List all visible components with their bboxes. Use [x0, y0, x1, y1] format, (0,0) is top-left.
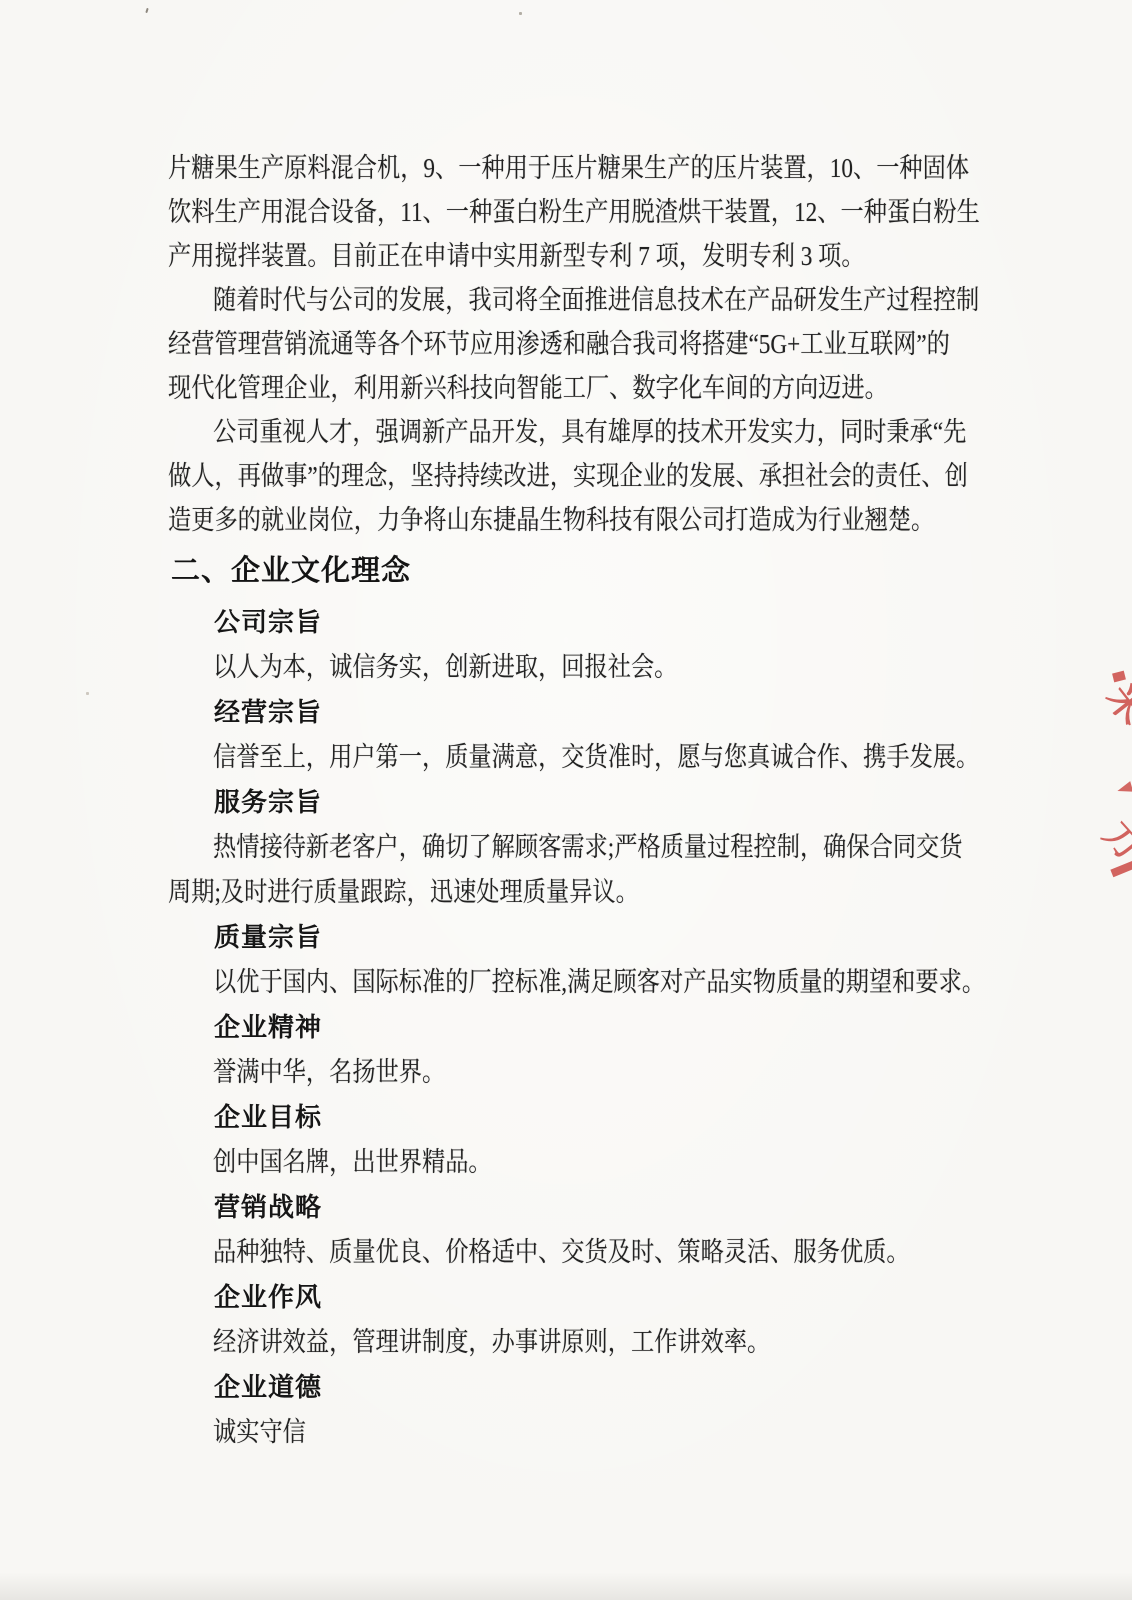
scan-speck — [145, 8, 148, 13]
red-seal-fragment — [1112, 671, 1126, 683]
enterprise-style-content: 经济讲效益，管理讲制度，办事讲原则，工作讲效率。 — [213, 1320, 948, 1365]
scan-edge-shadow — [0, 1572, 1132, 1600]
company-purpose-content: 以人为本，诚信务实，创新进取，回报社会。 — [213, 645, 948, 690]
red-seal-fragment: 米 — [1099, 678, 1132, 731]
corporate-culture-section: 公司宗旨 以人为本，诚信务实，创新进取，回报社会。 经营宗旨 信誉至上，用户第一… — [168, 600, 1068, 1455]
scan-speck — [86, 692, 89, 695]
digitalization-paragraph-line: 经营管理营销流通等各个环节应用渗透和融合我司将搭建“5G+工业互联网”的 — [168, 322, 942, 366]
subheading-enterprise-spirit: 企业精神 — [214, 1005, 1068, 1050]
subheading-enterprise-style: 企业作风 — [214, 1275, 1068, 1320]
service-purpose-content: 热情接待新老客户，确切了解顾客需求;严格质量过程控制，确保合同交货 — [213, 825, 948, 870]
marketing-strategy-content: 品种独特、质量优良、价格适中、交货及时、策略灵活、服务优质。 — [213, 1230, 948, 1275]
patents-paragraph-line: 饮料生产用混合设备，11、一种蛋白粉生产用脱渣烘干装置，12、一种蛋白粉生 — [168, 190, 942, 234]
subheading-enterprise-ethics: 企业道德 — [214, 1365, 1068, 1410]
scan-speck — [519, 12, 522, 15]
subheading-quality-purpose: 质量宗旨 — [214, 915, 1068, 960]
talent-paragraph-line: 造更多的就业岗位，力争将山东捷晶生物科技有限公司打造成为行业翘楚。 — [168, 498, 942, 542]
talent-paragraph-line: 公司重视人才，强调新产品开发，具有雄厚的技术开发实力，同时秉承“先 — [213, 410, 948, 454]
business-purpose-content: 信誉至上，用户第一，质量满意，交货准时，愿与您真诚合作、携手发展。 — [213, 735, 948, 780]
service-purpose-content: 周期;及时进行质量跟踪，迅速处理质量异议。 — [168, 870, 942, 915]
enterprise-ethics-content: 诚实守信 — [213, 1410, 948, 1455]
scanned-document-page: 片糖果生产原料混合机，9、一种用于压片糖果生产的压片装置，10、一种固体 饮料生… — [0, 0, 1132, 1600]
enterprise-goal-content: 创中国名牌，出世界精品。 — [213, 1140, 948, 1185]
subheading-business-purpose: 经营宗旨 — [214, 690, 1068, 735]
digitalization-paragraph-line: 现代化管理企业，利用新兴科技向智能工厂、数字化车间的方向迈进。 — [168, 366, 942, 410]
subheading-company-purpose: 公司宗旨 — [214, 600, 1068, 645]
subheading-marketing-strategy: 营销战略 — [214, 1185, 1068, 1230]
patents-paragraph-line: 片糖果生产原料混合机，9、一种用于压片糖果生产的压片装置，10、一种固体 — [168, 146, 942, 190]
digitalization-paragraph-line: 随着时代与公司的发展，我司将全面推进信息技术在产品研发生产过程控制 — [213, 278, 948, 322]
subheading-service-purpose: 服务宗旨 — [214, 780, 1068, 825]
subheading-enterprise-goal: 企业目标 — [214, 1095, 1068, 1140]
red-seal-fragment: 刀 — [1097, 817, 1132, 865]
patents-paragraph-line: 产用搅拌装置。目前正在申请中实用新型专利 7 项，发明专利 3 项。 — [168, 234, 942, 278]
enterprise-spirit-content: 誉满中华，名扬世界。 — [213, 1050, 948, 1095]
section-heading-corporate-culture: 二、企业文化理念 — [171, 542, 1068, 600]
document-text-block: 片糖果生产原料混合机，9、一种用于压片糖果生产的压片装置，10、一种固体 饮料生… — [168, 146, 1068, 1455]
quality-purpose-content: 以优于国内、国际标准的厂控标准,满足顾客对产品实物质量的期望和要求。 — [213, 960, 948, 1005]
red-seal-fragment — [1116, 781, 1132, 796]
talent-paragraph-line: 做人，再做事”的理念，坚持持续改进，实现企业的发展、承担社会的责任、创 — [168, 454, 942, 498]
